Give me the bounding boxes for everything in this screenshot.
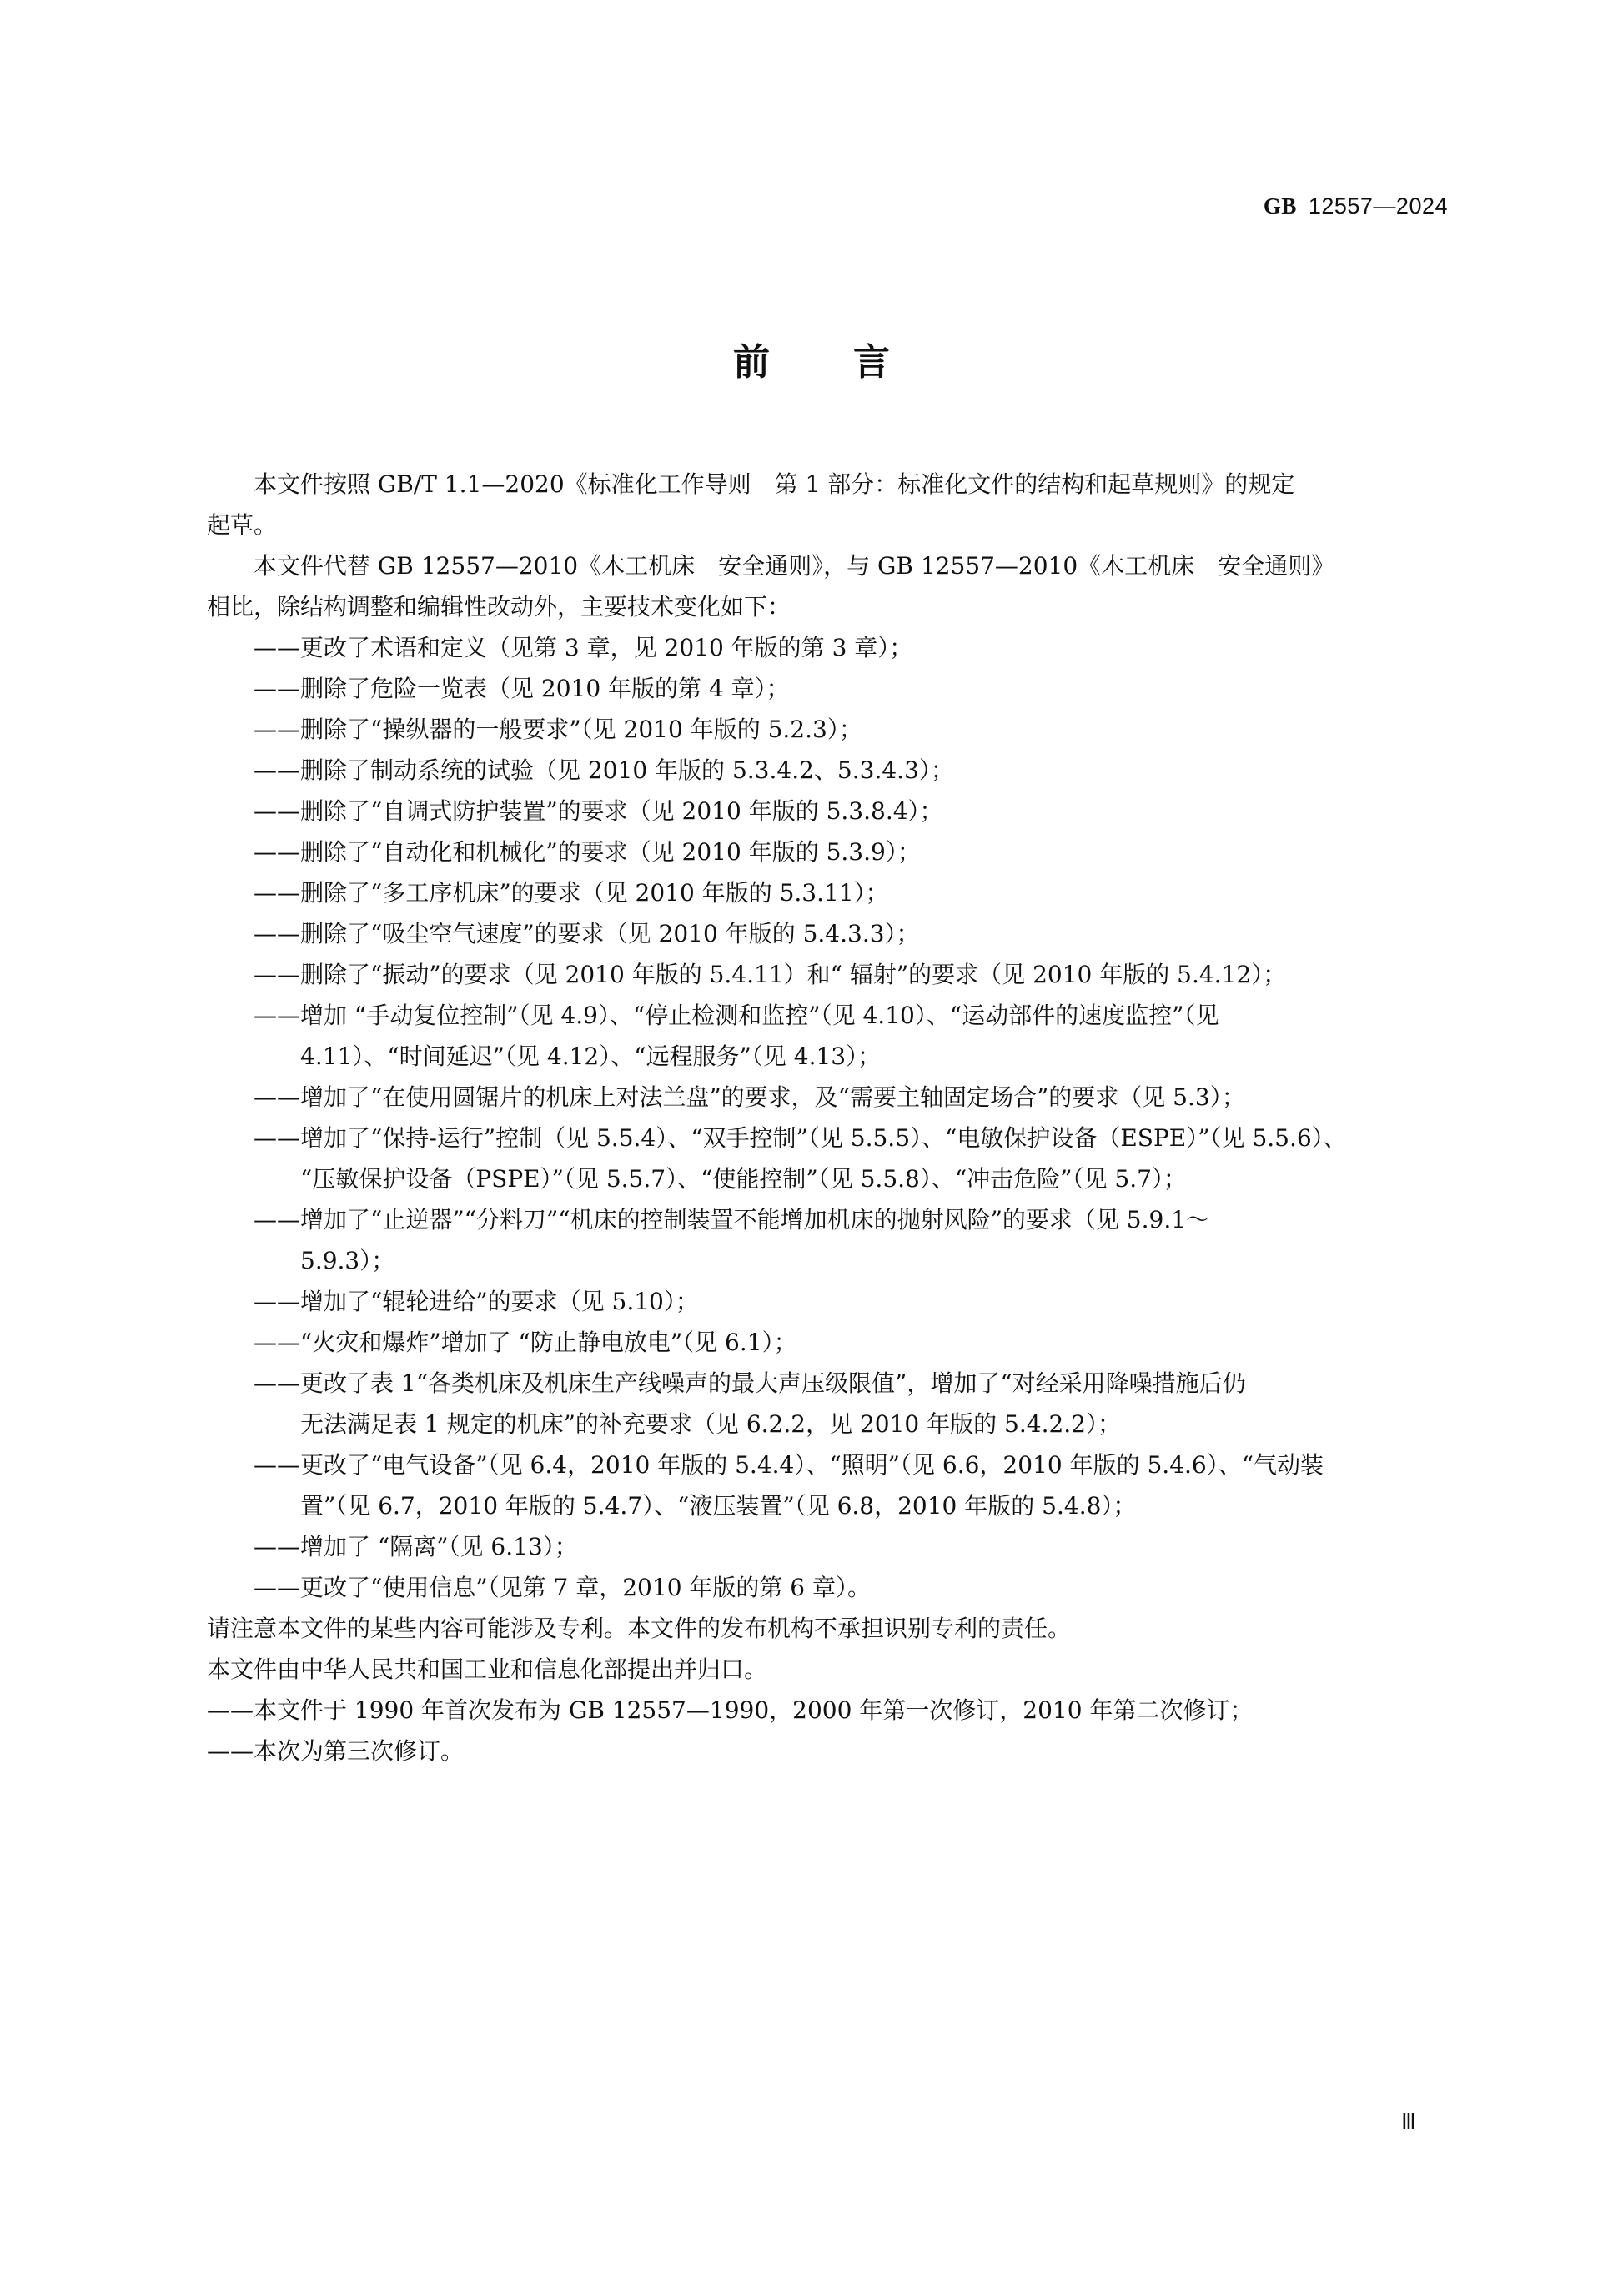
page-number: Ⅲ <box>1401 2110 1416 2135</box>
list-item: ——增加了“止逆器”“分料刀”“机床的控制装置不能增加机床的抛射风险”的要求（见… <box>207 1199 1458 1240</box>
standard-code: 12557—2024 <box>1309 193 1448 219</box>
list-item: ——增加了“辊轮进给”的要求（见 5.10）； <box>207 1281 1458 1322</box>
list-item: ——删除了“自调式防护装置”的要求（见 2010 年版的 5.3.8.4）； <box>207 791 1458 831</box>
list-item: ——更改了“使用信息”（见第 7 章，2010 年版的第 6 章）。 <box>207 1567 1458 1608</box>
list-item: ——更改了表 1“各类机床及机床生产线噪声的最大声压级限值”，增加了“对经采用降… <box>207 1363 1458 1404</box>
history-item: ——本次为第三次修订。 <box>207 1731 1458 1771</box>
list-item: ——“火灾和爆炸”增加了 “防止静电放电”（见 6.1）； <box>207 1322 1458 1363</box>
list-item-continuation: 无法满足表 1 规定的机床”的补充要求（见 6.2.2，见 2010 年版的 5… <box>207 1404 1458 1444</box>
list-item: ——删除了“自动化和机械化”的要求（见 2010 年版的 5.3.9）； <box>207 831 1458 872</box>
list-item-continuation: 置”（见 6.7，2010 年版的 5.4.7）、“液压装置”（见 6.8，20… <box>207 1485 1458 1526</box>
list-item-continuation: 5.9.3）； <box>207 1240 1458 1281</box>
list-item: ——增加了“保持-运行”控制（见 5.5.4）、“双手控制”（见 5.5.5）、… <box>207 1118 1458 1158</box>
paragraph-line: 起草。 <box>207 505 1458 545</box>
list-item: ——更改了术语和定义（见第 3 章，见 2010 年版的第 3 章）； <box>207 627 1458 668</box>
list-item-continuation: 4.11）、“时间延迟”（见 4.12）、“远程服务”（见 4.13）； <box>207 1036 1458 1077</box>
list-item: ——增加 “手动复位控制”（见 4.9）、“停止检测和监控”（见 4.10）、“… <box>207 995 1458 1036</box>
list-item: ——删除了“多工序机床”的要求（见 2010 年版的 5.3.11）； <box>207 872 1458 913</box>
standard-prefix: GB <box>1264 193 1297 219</box>
proposer-statement: 本文件由中华人民共和国工业和信息化部提出并归口。 <box>207 1649 1458 1690</box>
paragraph-line: 本文件按照 GB/T 1.1—2020《标准化工作导则 第 1 部分：标准化文件… <box>207 464 1458 505</box>
list-item: ——删除了危险一览表（见 2010 年版的第 4 章）； <box>207 668 1458 709</box>
list-item: ——删除了“吸尘空气速度”的要求（见 2010 年版的 5.4.3.3）； <box>207 913 1458 954</box>
foreword-body: 本文件按照 GB/T 1.1—2020《标准化工作导则 第 1 部分：标准化文件… <box>207 464 1458 1771</box>
paragraph-line: 相比，除结构调整和编辑性改动外，主要技术变化如下： <box>207 586 1458 627</box>
list-item: ——增加了 “隔离”（见 6.13）； <box>207 1526 1458 1567</box>
history-item: ——本文件于 1990 年首次发布为 GB 12557—1990，2000 年第… <box>207 1690 1458 1731</box>
patent-notice: 请注意本文件的某些内容可能涉及专利。本文件的发布机构不承担识别专利的责任。 <box>207 1608 1458 1649</box>
paragraph-line: 本文件代替 GB 12557—2010《木工机床 安全通则》，与 GB 1255… <box>207 545 1458 586</box>
list-item: ——删除了“操纵器的一般要求”（见 2010 年版的 5.2.3）； <box>207 709 1458 750</box>
list-item-continuation: “压敏保护设备（PSPE）”（见 5.5.7）、“使能控制”（见 5.5.8）、… <box>207 1158 1458 1199</box>
page-title: 前言 <box>0 332 1623 385</box>
standard-number: GB12557—2024 <box>1264 193 1448 219</box>
list-item: ——删除了制动系统的试验（见 2010 年版的 5.3.4.2、5.3.4.3）… <box>207 750 1458 791</box>
list-item: ——增加了“在使用圆锯片的机床上对法兰盘”的要求，及“需要主轴固定场合”的要求（… <box>207 1077 1458 1118</box>
list-item: ——删除了“振动”的要求（见 2010 年版的 5.4.11）和“ 辐射”的要求… <box>207 954 1458 995</box>
list-item: ——更改了“电气设备”（见 6.4，2010 年版的 5.4.4）、“照明”（见… <box>207 1444 1458 1485</box>
